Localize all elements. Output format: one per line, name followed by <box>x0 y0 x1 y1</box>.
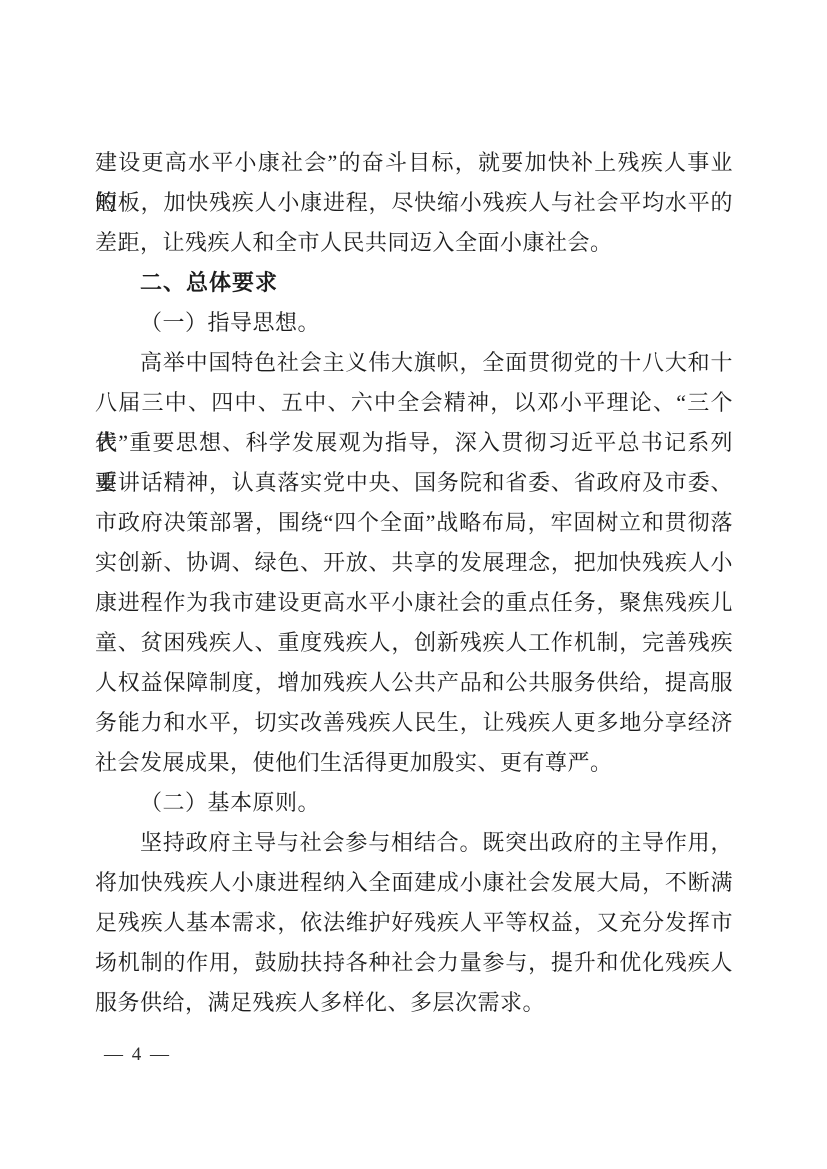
text-line: 短板，加快残疾人小康进程，尽快缩小残疾人与社会平均水平的 <box>95 183 733 223</box>
document-page: 建设更高水平小康社会”的奋斗目标，就要加快补上残疾人事业的短板，加快残疾人小康进… <box>0 0 827 1169</box>
text-line: 实创新、协调、绿色、开放、共享的发展理念，把加快残疾人小 <box>95 543 733 583</box>
text-line: 社会发展成果，使他们生活得更加殷实、更有尊严。 <box>95 743 733 783</box>
text-line: 表”重要思想、科学发展观为指导，深入贯彻习近平总书记系列重 <box>95 423 733 463</box>
text-lines: 建设更高水平小康社会”的奋斗目标，就要加快补上残疾人事业的短板，加快残疾人小康进… <box>95 143 733 1023</box>
text-line: 将加快残疾人小康进程纳入全面建成小康社会发展大局，不断满 <box>95 863 733 903</box>
text-line: （一）指导思想。 <box>95 303 733 343</box>
text-line: 八届三中、四中、五中、六中全会精神，以邓小平理论、“三个代 <box>95 383 733 423</box>
section-heading: 二、总体要求 <box>95 263 733 303</box>
text-line: 场机制的作用，鼓励扶持各种社会力量参与，提升和优化残疾人 <box>95 943 733 983</box>
text-line: 康进程作为我市建设更高水平小康社会的重点任务，聚焦残疾儿 <box>95 583 733 623</box>
text-line: 足残疾人基本需求，依法维护好残疾人平等权益，又充分发挥市 <box>95 903 733 943</box>
text-line: 差距，让残疾人和全市人民共同迈入全面小康社会。 <box>95 223 733 263</box>
text-line: 童、贫困残疾人、重度残疾人，创新残疾人工作机制，完善残疾 <box>95 623 733 663</box>
text-line: 坚持政府主导与社会参与相结合。既突出政府的主导作用， <box>95 823 733 863</box>
text-line: 服务供给，满足残疾人多样化、多层次需求。 <box>95 983 733 1023</box>
text-line: 人权益保障制度，增加残疾人公共产品和公共服务供给，提高服 <box>95 663 733 703</box>
text-line: 市政府决策部署，围绕“四个全面”战略布局，牢固树立和贯彻落 <box>95 503 733 543</box>
text-line: 高举中国特色社会主义伟大旗帜，全面贯彻党的十八大和十 <box>95 343 733 383</box>
page-number: — 4 — <box>104 1040 171 1070</box>
text-line: 务能力和水平，切实改善残疾人民生，让残疾人更多地分享经济 <box>95 703 733 743</box>
text-line: （二）基本原则。 <box>95 783 733 823</box>
text-line: 建设更高水平小康社会”的奋斗目标，就要加快补上残疾人事业的 <box>95 143 733 183</box>
text-line: 要讲话精神，认真落实党中央、国务院和省委、省政府及市委、 <box>95 463 733 503</box>
